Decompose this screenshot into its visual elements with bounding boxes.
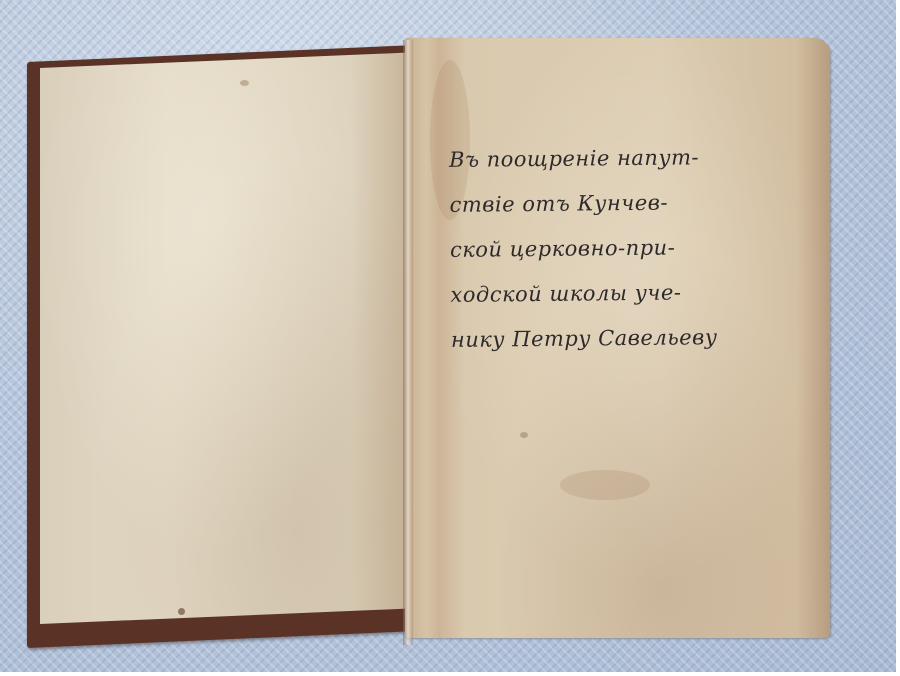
foxing-spot	[240, 80, 249, 86]
foxing-spot	[178, 608, 185, 615]
left-endpaper	[40, 53, 406, 624]
inscription-line: ствіе отъ Кунчев-	[449, 179, 809, 228]
inscription-line: ходской школы уче-	[450, 269, 810, 318]
foxing-spot	[560, 470, 650, 500]
handwritten-inscription: Въ поощреніе напут- ствіе отъ Кунчев- ск…	[449, 134, 811, 363]
inscription-line: Въ поощреніе напут-	[449, 134, 809, 183]
inscription-line: нику Петру Савельеву	[451, 314, 811, 363]
inscription-line: ской церковно-при-	[450, 224, 810, 273]
book-photo: Въ поощреніе напут- ствіе отъ Кунчев- ск…	[0, 0, 896, 672]
foxing-spot	[520, 432, 528, 438]
book-gutter	[403, 40, 413, 645]
